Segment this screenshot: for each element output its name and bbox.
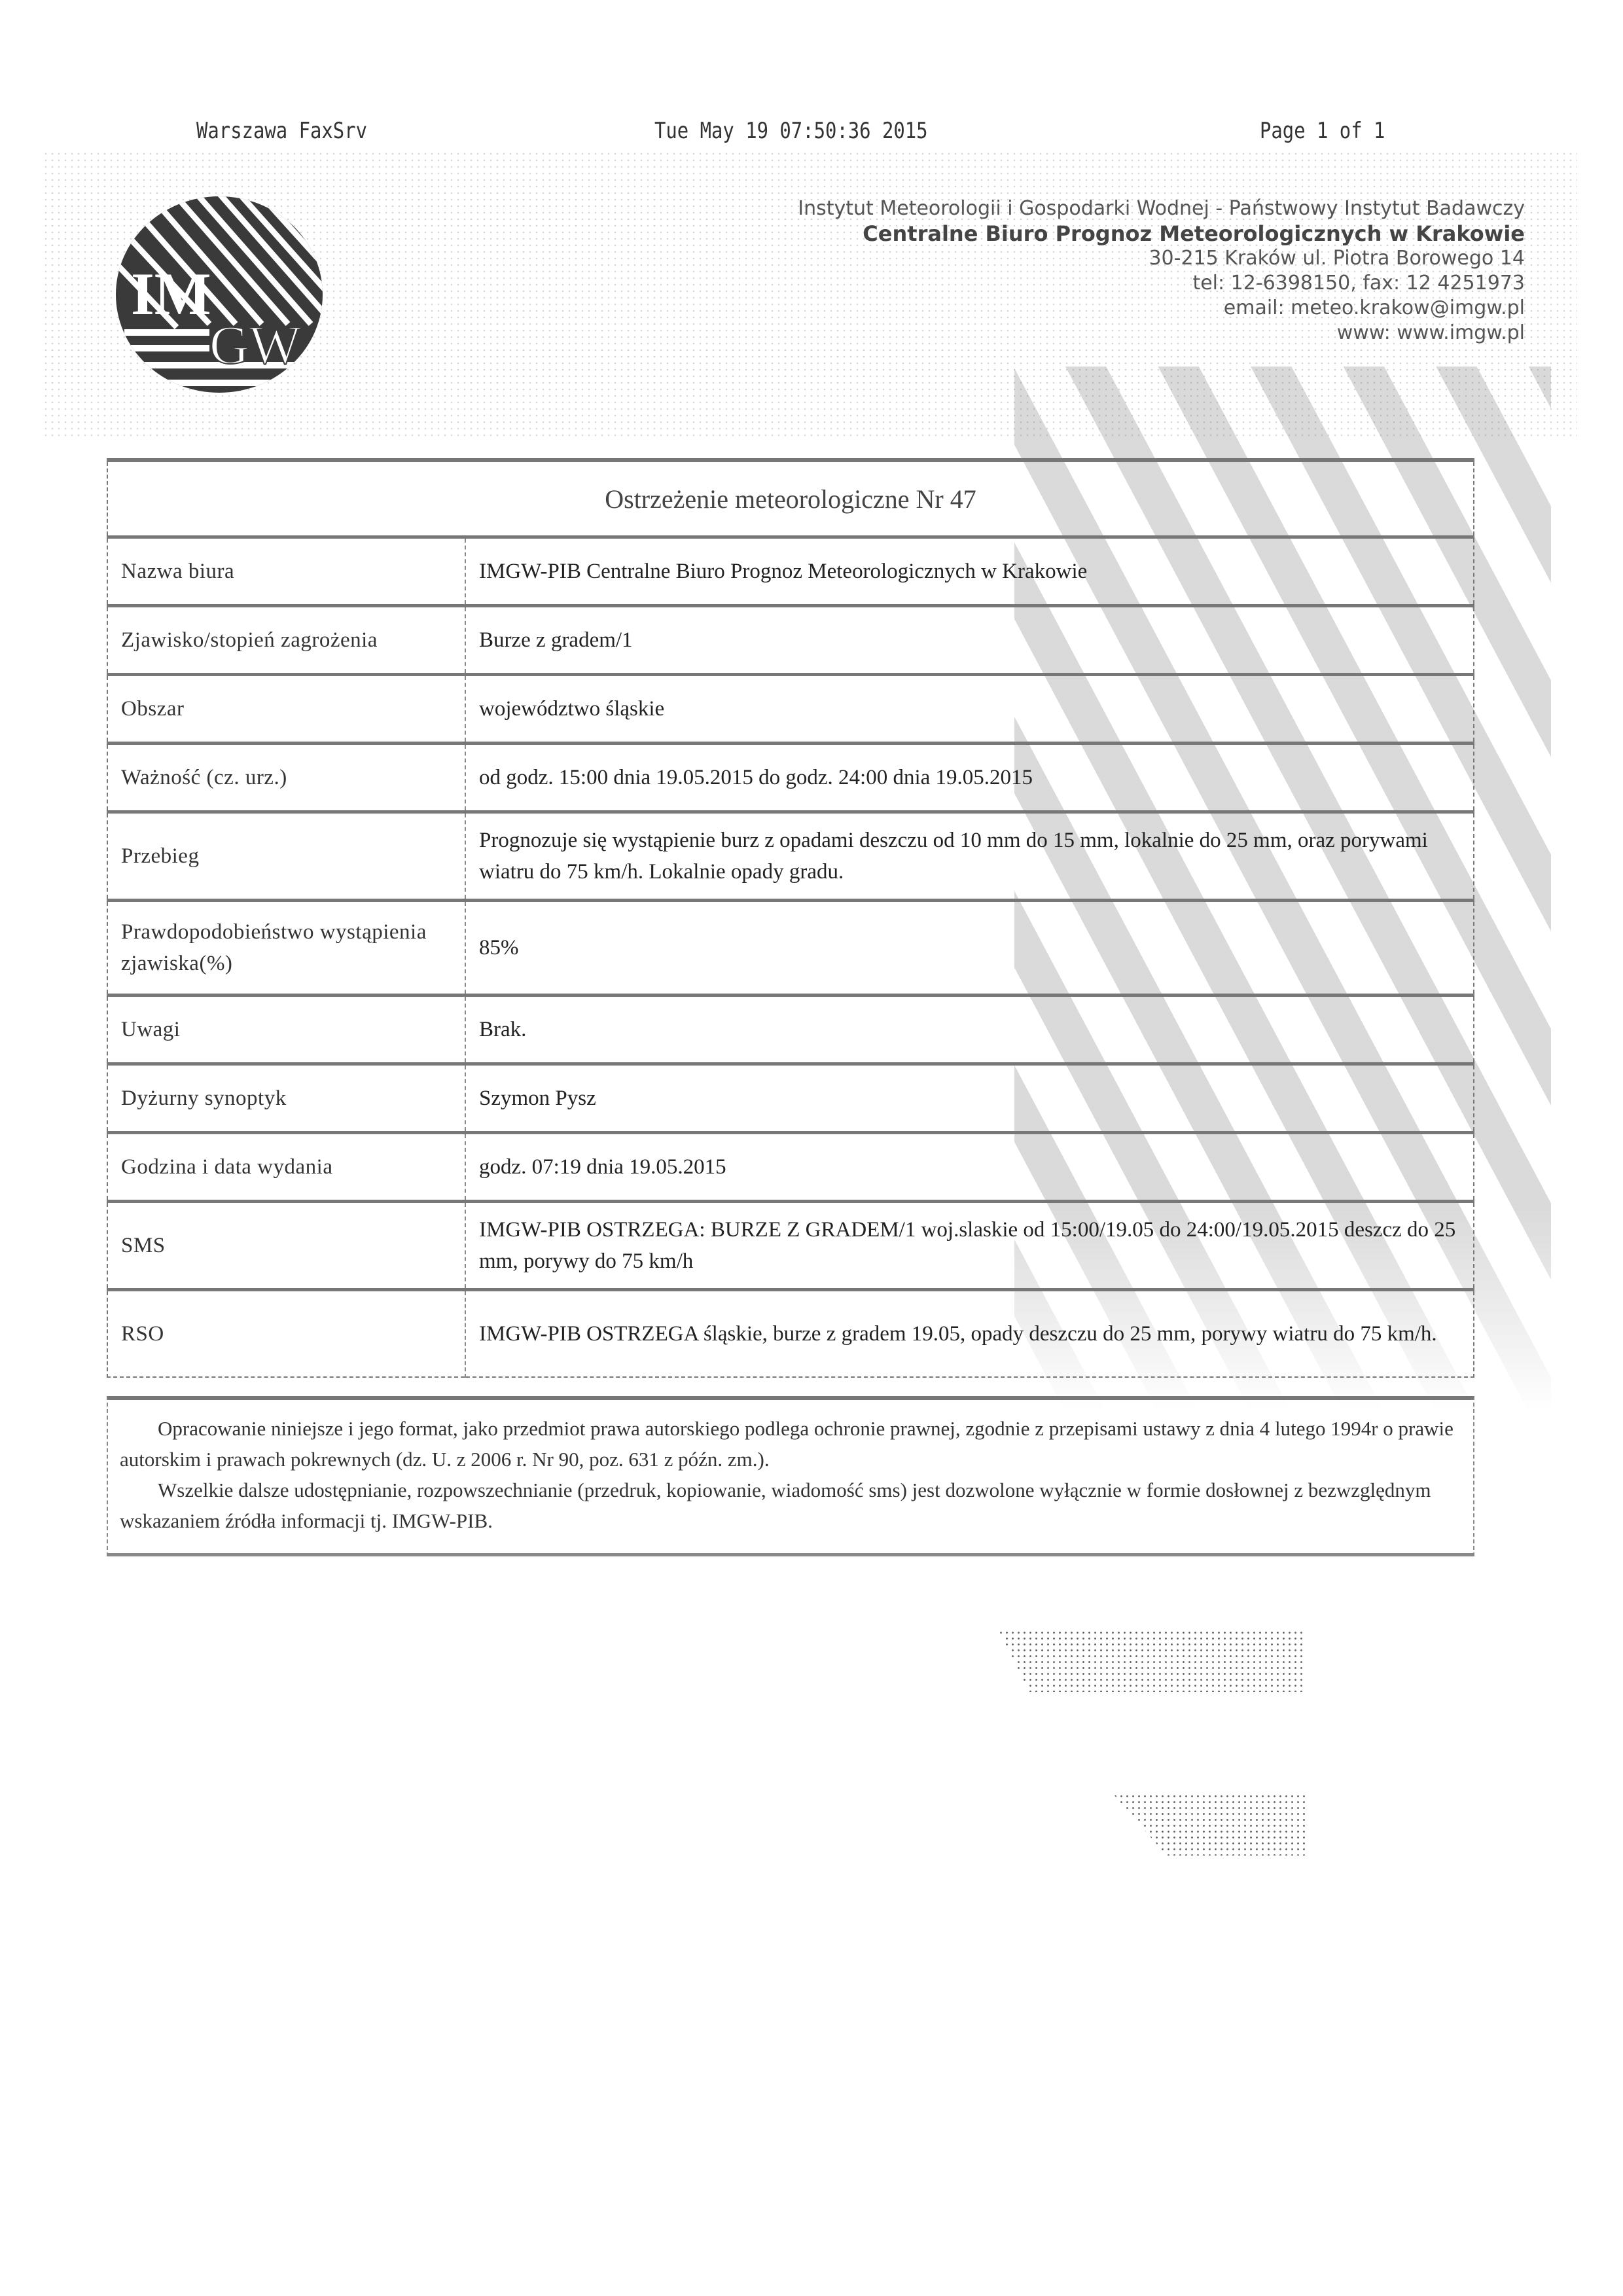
row-label-rso: RSO bbox=[107, 1290, 465, 1378]
svg-text:IM: IM bbox=[131, 260, 211, 327]
redistribution-paragraph: Wszelkie dalsze udostępnianie, rozpowsze… bbox=[120, 1475, 1461, 1536]
row-value-office: IMGW-PIB Centralne Biuro Prognoz Meteoro… bbox=[465, 537, 1474, 606]
table-row: SMS IMGW-PIB OSTRZEGA: BURZE Z GRADEM/1 … bbox=[107, 1202, 1474, 1290]
row-value-rso: IMGW-PIB OSTRZEGA śląskie, burze z grade… bbox=[465, 1290, 1474, 1378]
row-value-validity: od godz. 15:00 dnia 19.05.2015 do godz. … bbox=[465, 744, 1474, 812]
row-label-validity: Ważność (cz. urz.) bbox=[107, 744, 465, 812]
halftone-decoration bbox=[998, 1630, 1306, 1692]
email: email: meteo.krakow@imgw.pl bbox=[798, 296, 1525, 321]
table-row: Przebieg Prognozuje się wystąpienie burz… bbox=[107, 812, 1474, 901]
office-name: Centralne Biuro Prognoz Meteorologicznyc… bbox=[798, 221, 1525, 246]
table-row: Godzina i data wydania godz. 07:19 dnia … bbox=[107, 1133, 1474, 1202]
row-label-issued: Godzina i data wydania bbox=[107, 1133, 465, 1202]
row-label-remarks: Uwagi bbox=[107, 996, 465, 1064]
row-value-area: województwo śląskie bbox=[465, 675, 1474, 744]
table-row: Ważność (cz. urz.) od godz. 15:00 dnia 1… bbox=[107, 744, 1474, 812]
table-row: Uwagi Brak. bbox=[107, 996, 1474, 1064]
svg-text:GW: GW bbox=[209, 315, 302, 376]
row-value-issued: godz. 07:19 dnia 19.05.2015 bbox=[465, 1133, 1474, 1202]
warning-table: Ostrzeżenie meteorologiczne Nr 47 Nazwa … bbox=[107, 458, 1474, 1378]
row-value-course: Prognozuje się wystąpienie burz z opadam… bbox=[465, 812, 1474, 901]
imgw-logo-icon: IM GW bbox=[111, 193, 327, 396]
row-label-course: Przebieg bbox=[107, 812, 465, 901]
address: 30-215 Kraków ul. Piotra Borowego 14 bbox=[798, 246, 1525, 271]
warning-title-row: Ostrzeżenie meteorologiczne Nr 47 bbox=[107, 460, 1474, 537]
copyright-notice: Opracowanie niniejsze i jego format, jak… bbox=[107, 1396, 1474, 1556]
warning-title: Ostrzeżenie meteorologiczne Nr 47 bbox=[107, 460, 1474, 537]
row-label-forecaster: Dyżurny synoptyk bbox=[107, 1064, 465, 1133]
table-row: Dyżurny synoptyk Szymon Pysz bbox=[107, 1064, 1474, 1133]
imgw-logo: IM GW bbox=[111, 193, 327, 396]
row-label-office: Nazwa biura bbox=[107, 537, 465, 606]
phone-fax: tel: 12-6398150, fax: 12 4251973 bbox=[798, 271, 1525, 296]
copyright-paragraph: Opracowanie niniejsze i jego format, jak… bbox=[120, 1413, 1461, 1475]
fax-timestamp: Tue May 19 07:50:36 2015 bbox=[654, 118, 928, 144]
row-value-forecaster: Szymon Pysz bbox=[465, 1064, 1474, 1133]
row-label-probability: Prawdopodobieństwo wystąpienia zjawiska(… bbox=[107, 901, 465, 996]
table-row: Zjawisko/stopień zagrożenia Burze z grad… bbox=[107, 606, 1474, 675]
row-label-area: Obszar bbox=[107, 675, 465, 744]
table-row: Obszar województwo śląskie bbox=[107, 675, 1474, 744]
institute-name: Instytut Meteorologii i Gospodarki Wodne… bbox=[798, 196, 1525, 221]
row-value-remarks: Brak. bbox=[465, 996, 1474, 1064]
row-label-sms: SMS bbox=[107, 1202, 465, 1290]
institute-address-block: Instytut Meteorologii i Gospodarki Wodne… bbox=[798, 196, 1525, 346]
fax-page-number: Page 1 of 1 bbox=[1260, 118, 1385, 144]
website: www: www.imgw.pl bbox=[798, 321, 1525, 346]
table-row: Prawdopodobieństwo wystąpienia zjawiska(… bbox=[107, 901, 1474, 996]
table-row: RSO IMGW-PIB OSTRZEGA śląskie, burze z g… bbox=[107, 1290, 1474, 1378]
halftone-decoration bbox=[1113, 1793, 1306, 1856]
row-label-phenomenon: Zjawisko/stopień zagrożenia bbox=[107, 606, 465, 675]
row-value-phenomenon: Burze z gradem/1 bbox=[465, 606, 1474, 675]
fax-sender: Warszawa FaxSrv bbox=[196, 118, 367, 144]
row-value-probability: 85% bbox=[465, 901, 1474, 996]
table-row: Nazwa biura IMGW-PIB Centralne Biuro Pro… bbox=[107, 537, 1474, 606]
row-value-sms: IMGW-PIB OSTRZEGA: BURZE Z GRADEM/1 woj.… bbox=[465, 1202, 1474, 1290]
